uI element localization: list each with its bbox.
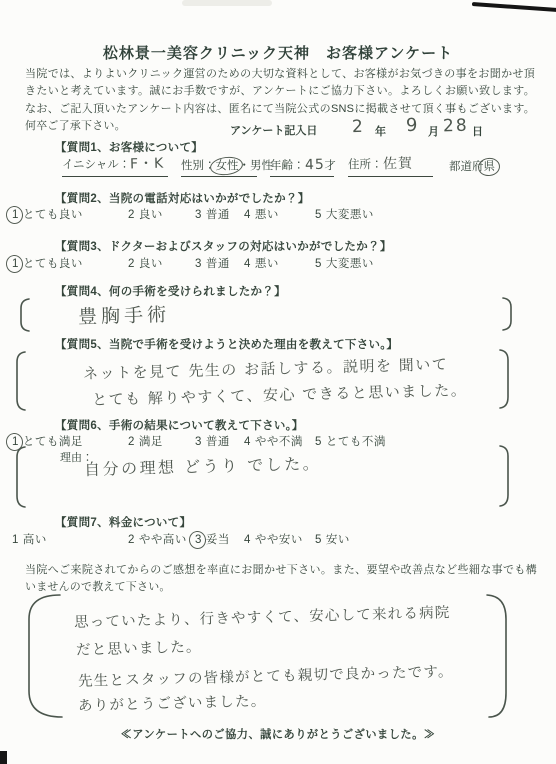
q1-fields-row: イニシャル：F・K性別：女性・男性年齢：45才住所：佐賀都道府県 [62,153,495,177]
survey-page: 松林景一美容クリニック天神 お客様アンケート 当院では、よりよいクリニック運営の… [0,0,556,764]
q2-option-5-number: 5 [315,209,322,221]
q6-option-3-number: 3 [195,436,202,448]
q3-option-2-label: 良い [139,258,163,270]
q2-options: 1とても良い 2良い 3普通 4悪い 5大変悪い [12,206,538,222]
q2-option-5: 5大変悪い [315,206,374,222]
q7-option-1: 1高い [12,531,128,547]
q2-option-3: 3普通 [195,206,244,222]
q6-options: 1とても満足 2満足 3普通 4やや不満 5とても不満 [12,433,538,449]
q7-option-5-label: 安い [326,534,350,546]
q3-option-2-number: 2 [128,258,135,270]
q2-option-4-number: 4 [244,209,251,221]
q6-reason-handwriting: 自分の理想 どうり でした。 [84,451,322,480]
q2-option-2-number: 2 [128,209,135,221]
q3-option-4-number: 4 [244,258,251,270]
q7-option-1-label: 高い [23,534,47,546]
q6-option-5-label: とても不満 [326,436,386,448]
gender-separator: ・ [239,160,251,172]
q2-option-5-label: 大変悪い [326,209,374,221]
q2-option-1-label: とても良い [23,209,83,221]
prefecture-ken-circled: 県 [484,161,496,173]
q3-option-5-number: 5 [315,258,322,270]
q2-heading: 【質問2、当院の電話対応はいかがでしたか？】 [55,190,310,206]
q7-option-4-number: 4 [244,534,251,546]
scan-artifact-top-right [472,2,556,12]
q5-bracket-right [498,349,510,409]
prefecture-suffix-field: 都道府県 [449,158,495,177]
feedback-prompt: 当院へご来院されてからのご感想を率直にお聞かせ下さい。また、要望や改善点など些細… [25,562,537,596]
date-year-unit: 年 [375,123,386,139]
age-field: 年齢：45才 [270,157,334,177]
q6-option-3: 3普通 [195,433,244,449]
q4-bracket-right [501,297,513,331]
q7-option-3: 3妥当 [195,531,244,547]
q7-option-2: 2やや高い [128,531,195,547]
q6-option-2: 2満足 [128,433,195,449]
q2-option-1: 1とても良い [12,206,128,222]
scan-artifact-bottom-left [0,751,7,764]
q3-option-1-label: とても良い [23,258,83,270]
q3-options: 1とても良い 2良い 3普通 4悪い 5大変悪い [12,255,538,271]
q7-options: 1高い 2やや高い 3妥当 4やや安い 5安い [12,531,538,547]
q5-answer-line-2: とても 解りやすくて、安心 できると思いました。 [92,379,468,410]
q3-heading: 【質問3、ドクターおよびスタッフの対応はいかがでしたか？】 [55,238,392,254]
address-value: 佐賀 [382,153,413,174]
initial-label: イニシャル： [62,159,130,171]
q6-option-2-label: 満足 [139,436,163,448]
q2-option-1-number-circled: 1 [12,209,19,221]
q6-option-1-label: とても満足 [23,436,83,448]
q7-option-3-label: 妥当 [206,534,230,546]
q4-answer-handwriting: 豊胸手術 [78,300,171,329]
q3-option-2: 2良い [128,255,195,271]
age-value: 45 [304,157,324,174]
q4-bracket-left [19,298,31,332]
feedback-bracket-right [485,593,509,719]
q5-bracket-left [15,351,27,411]
q3-option-3-number: 3 [195,258,202,270]
q7-option-5-number: 5 [315,534,322,546]
q7-option-2-number: 2 [128,534,135,546]
date-day-value: 28 [443,116,469,137]
address-field: 住所：佐賀 [348,153,433,177]
date-year-value: 2 [352,117,363,137]
gender-label: 性別： [181,160,216,172]
q6-option-2-number: 2 [128,436,135,448]
age-unit: 才 [324,160,336,172]
date-day-unit: 日 [472,123,483,139]
q7-option-4: 4やや安い [244,531,315,547]
feedback-bracket-left [26,593,64,719]
q6-heading: 【質問6、手術の結果について教えて下さい。】 [55,417,304,433]
scan-smudge-top [182,0,272,6]
q2-option-3-number: 3 [195,209,202,221]
q6-reason-bracket-right [498,445,510,507]
q7-heading: 【質問7、料金について】 [55,514,191,530]
date-month-value: 9 [406,115,418,136]
q3-option-1-number-circled: 1 [12,258,19,270]
q7-option-4-label: やや安い [255,534,303,546]
q6-option-1: 1とても満足 [12,433,128,449]
q7-option-2-label: やや高い [139,534,187,546]
initial-field: イニシャル：F・K [62,153,168,177]
q6-option-5-number: 5 [315,436,322,448]
q3-option-4: 4悪い [244,255,315,271]
q6-option-3-label: 普通 [206,436,230,448]
q2-option-2-label: 良い [139,209,163,221]
q7-option-3-number-circled: 3 [195,534,202,546]
q6-option-4: 4やや不満 [244,433,315,449]
q6-option-5: 5とても不満 [315,433,386,449]
q6-option-4-number: 4 [244,436,251,448]
feedback-line-2: だと思いました。 [76,635,202,659]
address-label: 住所： [348,159,383,171]
q3-option-5-label: 大変悪い [326,258,374,270]
gender-field: 性別：女性・男性 [181,157,257,177]
feedback-line-1: 思っていたより、行きやすくて、安心して来れる病院 [74,601,451,632]
q5-answer-line-1: ネットを見て 先生の お話しする。説明を 聞いて [83,353,449,384]
feedback-line-4: ありがとうございました。 [78,690,267,716]
q7-option-5: 5安い [315,531,350,547]
footer-thanks: ≪アンケートへのご協力、誠にありがとうございました。≫ [0,726,556,742]
q2-option-2: 2良い [128,206,195,222]
q2-option-3-label: 普通 [206,209,230,221]
q3-option-4-label: 悪い [255,258,279,270]
clinic-title: 松林景一美容クリニック天神 お客様アンケート [0,42,556,63]
q6-option-4-label: やや不満 [255,436,303,448]
date-month-unit: 月 [428,123,439,139]
initial-value: F・K [130,153,165,174]
q2-option-4: 4悪い [244,206,315,222]
q3-option-3-label: 普通 [206,258,230,270]
prefecture-suffix: 都道府 [449,161,484,173]
q7-option-1-number: 1 [12,534,19,546]
date-label: アンケート記入日 [230,122,317,138]
q3-option-5: 5大変悪い [315,255,374,271]
age-label: 年齢： [270,160,305,172]
feedback-line-3: 先生とスタッフの皆様がとても親切で良かったです。 [78,660,454,691]
q2-option-4-label: 悪い [255,209,279,221]
q3-option-1: 1とても良い [12,255,128,271]
q4-heading: 【質問4、何の手術を受けられましたか？】 [55,283,286,299]
q5-heading: 【質問5、当院で手術を受けようと決めた理由を教えて下さい。】 [55,336,398,352]
q6-reason-bracket-left [15,446,27,508]
q3-option-3: 3普通 [195,255,244,271]
gender-female-option: 女性 [216,160,239,172]
